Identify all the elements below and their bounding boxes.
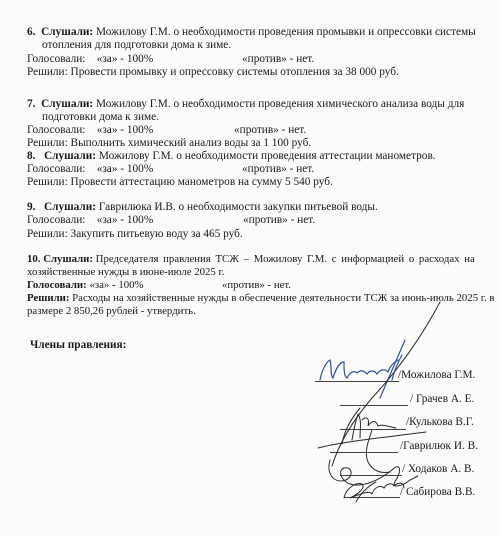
voted-label: Голосовали: [27,279,87,291]
decided-text: Выполнить химический анализ воды за 1 10… [71,137,312,149]
decided-label: Решили: [27,137,68,149]
heard-text-cont: отопления для подготовки дома к зиме. [42,39,231,52]
voted-label: Голосовали: [27,53,85,65]
signature-line [344,497,400,498]
vote-for: «за» - 100% [97,163,154,175]
decided-text: Расходы на хозяйственные нужды в обеспеч… [72,292,494,304]
meeting-minutes-page: 6. Слушали: Можилову Г.М. о необходимост… [0,0,500,537]
vote-for: «за» - 100% [97,53,154,65]
signature-line [330,452,398,453]
heard-text: Можилову Г.М. о необходимости проведения… [96,26,476,38]
item-8-decided: Решили: Провести аттестацию манометров н… [27,176,333,189]
vote-against: «против» - нет. [242,163,314,176]
signature-mozhilova [320,340,405,398]
heard-label: Слушали: [44,201,96,213]
vote-for: «за» - 100% [97,124,154,136]
heard-text-cont: хозяйственные нужды в июне-июле 2025 г. [27,266,224,279]
board-title: Члены правления: [30,339,126,352]
item-6-decided: Решили: Провести промывку и опрессовку с… [27,66,399,79]
voted-label: Голосовали: [27,163,85,175]
item-number: 7. [27,98,35,110]
item-number: 9. [27,201,35,213]
decided-text-cont: размере 2 850,26 рублей - утвердить. [27,305,196,318]
item-10-voted: Голосовали: «за» - 100% [27,279,144,292]
vote-against: «против» - нет. [222,279,291,292]
board-member-name: /Можилова Г.М. [398,369,475,381]
vote-for: «за» - 100% [97,214,154,226]
decided-text: Провести промывку и опрессовку системы о… [71,66,399,78]
item-7-heard: 7. Слушали: Можилову Г.М. о необходимост… [27,98,464,111]
item-number: 6. [27,26,35,38]
voted-label: Голосовали: [27,124,85,136]
board-member-name: /Кулькова В.Г. [406,416,474,428]
heard-text: Можилову Г.М. о необходимости проведения… [99,150,436,162]
vote-for: «за» - 100% [89,279,143,291]
item-number: 8. [27,150,35,162]
signature-line [315,381,399,382]
item-7-voted: Голосовали: «за» - 100% [27,124,153,137]
heard-label: Слушали: [43,253,93,265]
vote-against: «против» - нет. [234,124,306,137]
voted-label: Голосовали: [27,214,85,226]
board-member-name: / Грачев А. Е. [410,393,474,405]
decided-label: Решили: [27,292,69,304]
item-8-voted: Голосовали: «за» - 100% [27,163,153,176]
heard-text-cont: подготовки дома к зиме. [42,111,159,124]
signature-line [340,475,402,476]
item-number: 10. [27,253,41,265]
item-9-decided: Решили: Закупить питьевую воду за 465 ру… [27,228,243,241]
decided-label: Решили: [27,228,68,240]
decided-text: Провести аттестацию манометров на сумму … [71,176,333,188]
item-9-voted: Голосовали: «за» - 100% [27,214,153,227]
item-10-decided: Решили: Расходы на хозяйственные нужды в… [27,292,495,305]
decided-label: Решили: [27,176,68,188]
vote-against: «против» - нет. [242,53,314,66]
board-member-name: / Сабирова В.В. [400,486,475,498]
item-10-heard: 10. Слушали: Председателя правления ТСЖ … [27,253,475,266]
item-9-heard: 9. Слушали: Гаврилюка И.В. о необходимос… [27,201,378,214]
vote-against: «против» - нет. [243,214,315,227]
heard-label: Слушали: [41,98,93,110]
signature-line [340,405,408,406]
item-7-decided: Решили: Выполнить химический анализ воды… [27,137,311,150]
item-6-heard: 6. Слушали: Можилову Г.М. о необходимост… [27,26,476,39]
board-member-name: / Ходаков А. В. [402,463,474,475]
heard-text: Председателя правления ТСЖ – Можилову Г.… [96,253,475,265]
signature-line [340,429,406,430]
item-8-heard: 8. Слушали: Можилову Г.М. о необходимост… [27,150,436,163]
decided-text: Закупить питьевую воду за 465 руб. [71,228,243,240]
heard-label: Слушали: [44,150,96,162]
heard-label: Слушали: [41,26,93,38]
heard-text: Гаврилюка И.В. о необходимости закупки п… [99,201,378,213]
heard-text: Можилову Г.М. о необходимости проведения… [96,98,464,110]
item-6-voted: Голосовали: «за» - 100% [27,53,153,66]
board-member-name: /Гаврилюк И. В. [400,440,478,452]
decided-label: Решили: [27,66,68,78]
